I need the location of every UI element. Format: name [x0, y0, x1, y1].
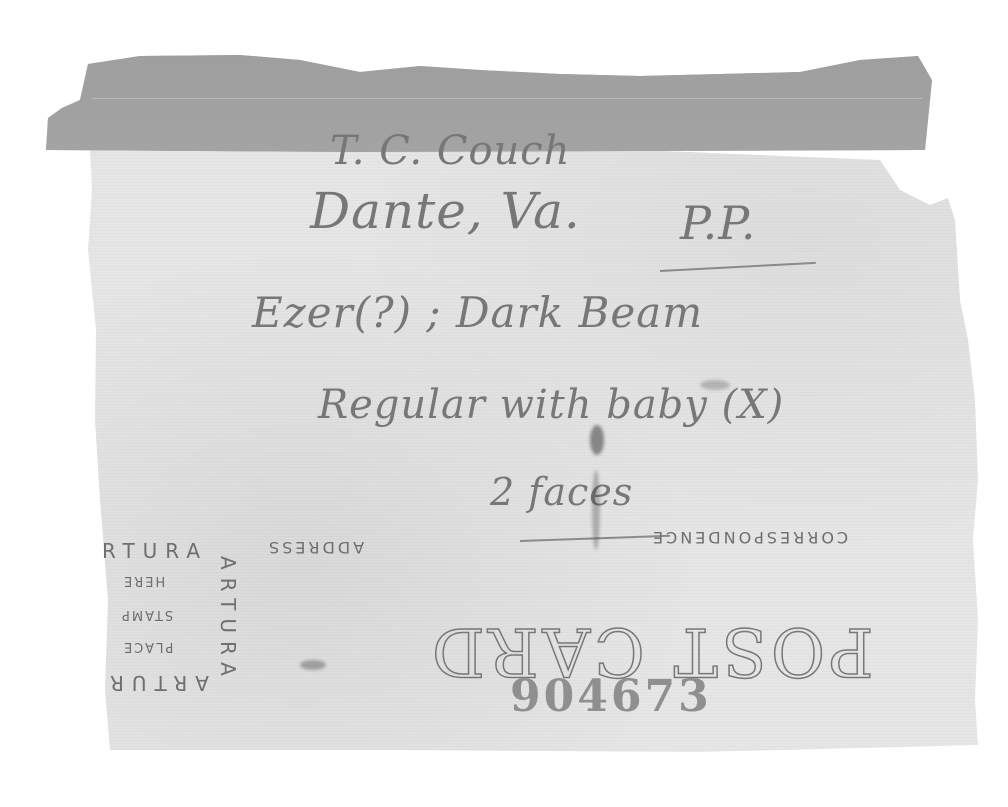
- pencil-smudge: [590, 425, 604, 455]
- stamp-text-stamp: STAMP: [120, 607, 173, 622]
- correspondence-label: CORRESPONDENCE: [650, 528, 848, 547]
- stamp-border-top: RTURA: [102, 539, 208, 563]
- serial-number: 904673: [510, 672, 780, 722]
- handwriting-line5: 2 faces: [490, 470, 633, 514]
- handwriting-place: Dante, Va.: [310, 182, 581, 240]
- postcard-scan: T. C. Couch Dante, Va. P.P. Ezer(?) ; Da…: [0, 0, 1008, 807]
- dirt-smudge: [700, 380, 730, 390]
- stamp-border-bottom: ARTUR: [102, 671, 209, 695]
- handwriting-annotation: P.P.: [680, 196, 757, 250]
- stamp-text-here: HERE: [122, 573, 165, 588]
- stamp-text-place: PLACE: [122, 639, 173, 654]
- dirt-smudge: [300, 660, 326, 670]
- tape-edge-line: [92, 98, 922, 99]
- address-label: ADDRESS: [266, 538, 364, 557]
- pencil-smudge: [592, 470, 600, 550]
- handwriting-line3: Ezer(?) ; Dark Beam: [252, 288, 703, 337]
- stamp-border-side: ARTURA: [206, 545, 240, 695]
- handwriting-name: T. C. Couch: [330, 128, 570, 174]
